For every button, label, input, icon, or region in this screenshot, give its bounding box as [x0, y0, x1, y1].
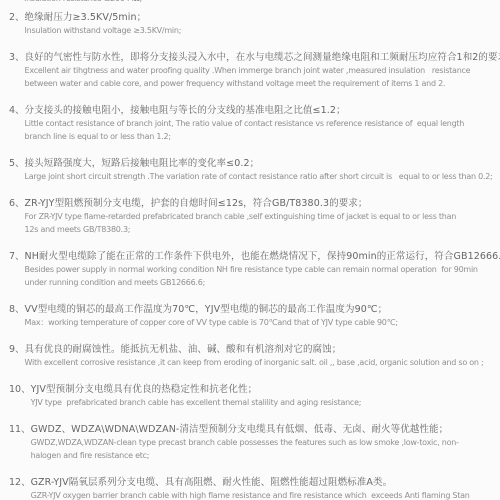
list-item: 3、 良好的气密性与防水性，即将分支接头浸入水中，在水与电缆芯之间测量绝缘电阻和… — [9, 51, 492, 90]
item-text-zh: 分支接头的接触电阻小，接触电阻与等长的分支线的基准电阻之比值≤1.2； — [25, 104, 492, 117]
item-text-en: YJV type prefabricated branch cable has … — [31, 396, 492, 409]
item-number: 12、 — [9, 476, 31, 489]
list-item: 7、 NH耐火型电缆除了能在正常的工作条件下供电外，也能在燃烧情况下，保持90m… — [9, 250, 492, 289]
item-text-en: Max：working temperature of copper core o… — [25, 316, 492, 329]
item-number: 6、 — [9, 197, 25, 210]
item-text-zh: GZR-YJV隔氧层系列分支电缆、具有高阻燃、耐火性能、阻燃性能超过阻燃标准A类… — [31, 476, 492, 489]
item-number: 8、 — [9, 303, 25, 316]
item-text-zh: ZR-YJY型阻燃预制分支电缆，护套的自熄时间≤12s，符合GB/T8380.3… — [25, 197, 492, 210]
item-text-en: Besides power supply in normal working c… — [25, 263, 492, 276]
item-text-en: between water and cable core, and power … — [25, 77, 492, 90]
item-number: 3、 — [9, 51, 25, 64]
item-text-en: Little contact resistance of branch join… — [25, 117, 492, 130]
list-item: 6、 ZR-YJY型阻燃预制分支电缆，护套的自熄时间≤12s，符合GB/T838… — [9, 197, 492, 236]
item-text-zh: 具有优良的耐腐蚀性。能抵抗无机盐、油、碱、酸和有机溶剂对它的腐蚀； — [25, 343, 492, 356]
item-text-en: under running condition and meets GB1266… — [25, 276, 492, 289]
item-text-en: branch line is equal to or less than 1.2… — [25, 130, 492, 143]
list-item: 8、 VV型电缆的铜芯的最高工作温度为70℃，YJV型电缆的铜芯的最高工作温度为… — [9, 303, 492, 329]
item-number: 9、 — [9, 343, 25, 356]
item-text-en: Excellent air tihgtness and water proofi… — [25, 64, 492, 77]
item-text-en: halogen and fire resistance etc; — [31, 449, 492, 462]
item-text-en: For ZR-YJV type flame-retarded prefabric… — [25, 210, 492, 223]
item-number: 10、 — [9, 383, 31, 396]
item-text-zh: YJV型预制分支电缆具有优良的热稳定性和抗老化性； — [31, 383, 492, 396]
list-item: 12、 GZR-YJV隔氧层系列分支电缆、具有高阻燃、耐火性能、阻燃性能超过阻燃… — [9, 476, 492, 500]
item-text-en: GZR-YJV oxygen barrier branch cable with… — [31, 489, 492, 500]
item-text-en: 12s and meets GB/T8380.3; — [25, 223, 492, 236]
list-item: 10、 YJV型预制分支电缆具有优良的热稳定性和抗老化性； YJV type p… — [9, 383, 492, 409]
list-item: 5、 接头短路强度大，短路后接触电阻比率的变化率≤0.2； Large join… — [9, 157, 492, 183]
item-number: 5、 — [9, 157, 25, 170]
item-text-en: With excellent corrosive resistance ,it … — [25, 356, 492, 369]
partial-top-line: Insulation resistance ≥200 MΩ; — [24, 0, 492, 5]
list-item: 9、 具有优良的耐腐蚀性。能抵抗无机盐、油、碱、酸和有机溶剂对它的腐蚀； Wit… — [9, 343, 492, 369]
list-item: 11、 GWDZ、WDZA\WDNA\WDZAN-清洁型预制分支电缆具有低烟、低… — [9, 423, 492, 462]
item-number: 7、 — [9, 250, 25, 263]
document-page: Insulation resistance ≥200 MΩ; 2、 绝缘耐压力≥… — [0, 0, 500, 500]
item-number: 4、 — [9, 104, 25, 117]
list-item: 2、 绝缘耐压力≥3.5KV/5min； Insulation withstan… — [9, 11, 492, 37]
item-text-en: Insulation withstand voltage ≥3.5KV/min; — [25, 24, 492, 37]
item-text-en: GWDZ,WDZA,WDZAN-clean type precast branc… — [31, 436, 492, 449]
item-text-zh: GWDZ、WDZA\WDNA\WDZAN-清洁型预制分支电缆具有低烟、低毒、无卤… — [31, 423, 492, 436]
item-text-zh: 绝缘耐压力≥3.5KV/5min； — [25, 11, 492, 24]
item-text-zh: 良好的气密性与防水性，即将分支接头浸入水中，在水与电缆芯之间测量绝缘电阻和工频耐… — [25, 51, 492, 64]
list-item: 4、 分支接头的接触电阻小，接触电阻与等长的分支线的基准电阻之比值≤1.2； L… — [9, 104, 492, 143]
item-number: 11、 — [9, 423, 31, 436]
item-text-zh: VV型电缆的铜芯的最高工作温度为70℃，YJV型电缆的铜芯的最高工作温度为90℃… — [25, 303, 492, 316]
item-text-zh: 接头短路强度大，短路后接触电阻比率的变化率≤0.2； — [25, 157, 492, 170]
item-text-zh: NH耐火型电缆除了能在正常的工作条件下供电外，也能在燃烧情况下，保持90min的… — [25, 250, 492, 263]
item-text-en: Large joint short circuit strength .The … — [25, 170, 492, 183]
item-number: 2、 — [9, 11, 25, 24]
